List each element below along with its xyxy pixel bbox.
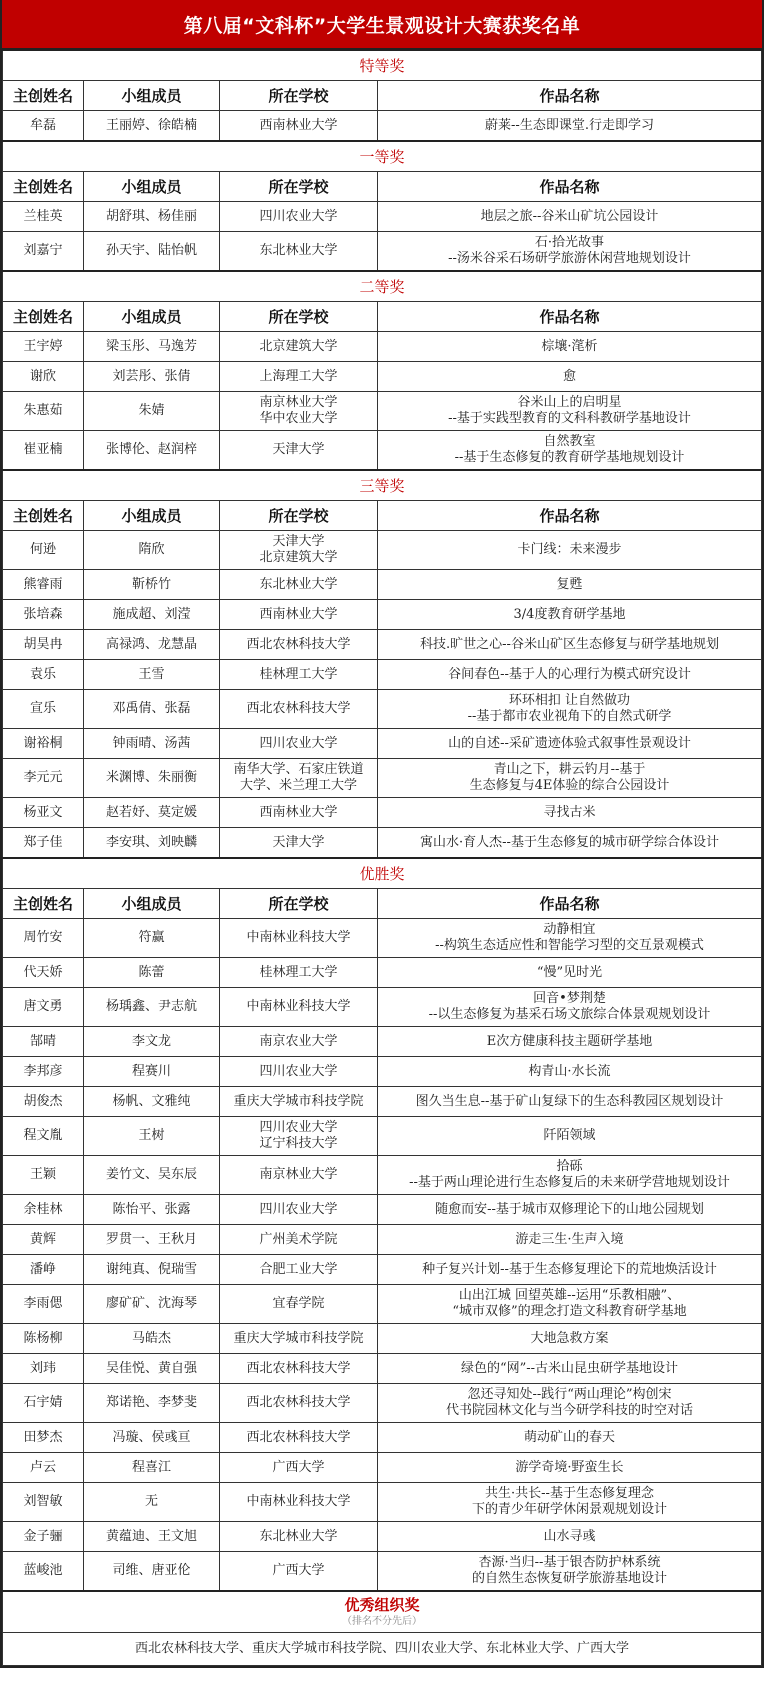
school-cell: 西北农林科技大学 xyxy=(220,1423,378,1453)
column-header-row: 主创姓名小组成员所在学校作品名称 xyxy=(3,889,762,919)
table-row: 朱惠茹朱婧南京林业大学华中农业大学谷米山上的启明星--基于实践型教育的文科科教研… xyxy=(3,392,762,431)
school-line: 西北农林科技大学 xyxy=(222,1361,375,1377)
work-title-line: 随愈而安--基于城市双修理论下的山地公园规划 xyxy=(380,1202,759,1218)
lead-name-cell: 牟磊 xyxy=(3,111,84,142)
school-cell: 广州美术学院 xyxy=(220,1225,378,1255)
work-title-line: 绿色的“网”--古米山昆虫研学基地设计 xyxy=(380,1361,759,1377)
section-header-row: 三等奖 xyxy=(3,470,762,501)
lead-name-cell: 杨亚文 xyxy=(3,798,84,828)
school-line: 西南林业大学 xyxy=(222,805,375,821)
table-row: 唐文勇杨瑀鑫、尹志航中南林业科技大学回音•梦荆楚--以生态修复为基采石场文旅综合… xyxy=(3,988,762,1027)
work-title-line: 地层之旅--谷米山矿坑公园设计 xyxy=(380,209,759,225)
school-cell: 天津大学北京建筑大学 xyxy=(220,531,378,570)
school-line: 东北林业大学 xyxy=(222,577,375,593)
organization-award-header-row: 优秀组织奖（排名不分先后） xyxy=(3,1591,762,1633)
school-cell: 上海理工大学 xyxy=(220,362,378,392)
work-title-line: 环环相扣 让自然做功 xyxy=(380,693,759,709)
column-header-work: 作品名称 xyxy=(378,172,762,202)
table-row: 卢云程喜江广西大学游学奇境·野蛮生长 xyxy=(3,1453,762,1483)
school-cell: 南华大学、石家庄铁道大学、米兰理工大学 xyxy=(220,759,378,798)
school-line: 上海理工大学 xyxy=(222,369,375,385)
school-line: 天津大学 xyxy=(222,442,375,458)
members-cell: 无 xyxy=(84,1483,220,1522)
school-cell: 西南林业大学 xyxy=(220,798,378,828)
column-header-lead: 主创姓名 xyxy=(3,889,84,919)
table-row: 刘智敏无中南林业科技大学共生·共长--基于生态修复理念下的青少年研学休闲景观规划… xyxy=(3,1483,762,1522)
members-cell: 赵若妤、莫定媛 xyxy=(84,798,220,828)
work-title-line: 大地急救方案 xyxy=(380,1331,759,1347)
members-cell: 廖矿矿、沈海琴 xyxy=(84,1285,220,1324)
table-row: 代天娇陈蕾桂林理工大学“慢”见时光 xyxy=(3,958,762,988)
work-title-cell: 阡陌领域 xyxy=(378,1117,762,1156)
work-title-line: 谷间春色--基于人的心理行为模式研究设计 xyxy=(380,667,759,683)
work-title-line: 3/4度教育研学基地 xyxy=(380,607,759,623)
lead-name-cell: 李元元 xyxy=(3,759,84,798)
work-title-line: 动静相宜 xyxy=(380,922,759,938)
school-line: 南京林业大学 xyxy=(222,395,375,411)
work-title-cell: 寓山水·育人杰--基于生态修复的城市研学综合体设计 xyxy=(378,828,762,859)
work-title-cell: 复甦 xyxy=(378,570,762,600)
work-title-line: 蔚莱--生态即课堂.行走即学习 xyxy=(380,118,759,134)
table-row: 潘峥谢纯真、倪瑞雪合肥工业大学种子复兴计划--基于生态修复理论下的荒地焕活设计 xyxy=(3,1255,762,1285)
school-cell: 西北农林科技大学 xyxy=(220,630,378,660)
school-line: 南京农业大学 xyxy=(222,1034,375,1050)
table-row: 崔亚楠张博伦、赵润梓天津大学自然教室--基于生态修复的教育研学基地规划设计 xyxy=(3,431,762,471)
table-row: 郜晴李文龙南京农业大学E次方健康科技主题研学基地 xyxy=(3,1027,762,1057)
school-cell: 四川农业大学 xyxy=(220,202,378,232)
section-title: 特等奖 xyxy=(3,50,762,81)
members-cell: 孙天宇、陆怡帆 xyxy=(84,232,220,272)
column-header-members: 小组成员 xyxy=(84,889,220,919)
lead-name-cell: 程文胤 xyxy=(3,1117,84,1156)
members-cell: 刘芸彤、张倩 xyxy=(84,362,220,392)
lead-name-cell: 王颖 xyxy=(3,1156,84,1195)
work-title-line: “慢”见时光 xyxy=(380,965,759,981)
work-title-cell: 科技.旷世之心--谷米山矿区生态修复与研学基地规划 xyxy=(378,630,762,660)
school-cell: 西南林业大学 xyxy=(220,111,378,142)
work-title-line: 寓山水·育人杰--基于生态修复的城市研学综合体设计 xyxy=(380,835,759,851)
work-title-cell: 卡门线：未来漫步 xyxy=(378,531,762,570)
school-cell: 北京建筑大学 xyxy=(220,332,378,362)
work-title-line: 山水寻彧 xyxy=(380,1529,759,1545)
table-row: 石宇婧郑诺艳、李梦斐西北农林科技大学忽还寻知处--践行“两山理论”构创宋代书院园… xyxy=(3,1384,762,1423)
column-header-members: 小组成员 xyxy=(84,302,220,332)
work-title-line: 青山之下，耕云钓月--基于 xyxy=(380,762,759,778)
work-title-cell: 拾砾--基于两山理论进行生态修复后的未来研学营地规划设计 xyxy=(378,1156,762,1195)
work-title-line: 寻找古米 xyxy=(380,805,759,821)
school-cell: 南京林业大学 xyxy=(220,1156,378,1195)
work-title-line: --构筑生态适应性和智能学习型的交互景观模式 xyxy=(380,938,759,954)
work-title-cell: 构青山·水长流 xyxy=(378,1057,762,1087)
school-cell: 东北林业大学 xyxy=(220,232,378,272)
work-title-line: 自然教室 xyxy=(380,434,759,450)
school-line: 西北农林科技大学 xyxy=(222,1430,375,1446)
members-cell: 米渊博、朱丽衡 xyxy=(84,759,220,798)
work-title-cell: 游走三生·生声入境 xyxy=(378,1225,762,1255)
column-header-work: 作品名称 xyxy=(378,302,762,332)
work-title-line: 杏源·当归--基于银杏防护林系统 xyxy=(380,1555,759,1571)
column-header-members: 小组成员 xyxy=(84,501,220,531)
work-title-line: 代书院园林文化与当今研学科技的时空对话 xyxy=(380,1403,759,1419)
table-row: 黄辉罗贯一、王秋月广州美术学院游走三生·生声入境 xyxy=(3,1225,762,1255)
work-title-cell: 环环相扣 让自然做功--基于都市农业视角下的自然式研学 xyxy=(378,690,762,729)
column-header-row: 主创姓名小组成员所在学校作品名称 xyxy=(3,302,762,332)
work-title-line: 卡门线：未来漫步 xyxy=(380,542,759,558)
table-row: 郑子佳李安琪、刘映麟天津大学寓山水·育人杰--基于生态修复的城市研学综合体设计 xyxy=(3,828,762,859)
members-cell: 胡舒琪、杨佳丽 xyxy=(84,202,220,232)
members-cell: 程赛川 xyxy=(84,1057,220,1087)
members-cell: 李安琪、刘映麟 xyxy=(84,828,220,859)
school-cell: 西北农林科技大学 xyxy=(220,690,378,729)
work-title-line: 拾砾 xyxy=(380,1159,759,1175)
work-title-line: --基于两山理论进行生态修复后的未来研学营地规划设计 xyxy=(380,1175,759,1191)
school-cell: 重庆大学城市科技学院 xyxy=(220,1324,378,1354)
work-title-cell: 游学奇境·野蛮生长 xyxy=(378,1453,762,1483)
members-cell: 李文龙 xyxy=(84,1027,220,1057)
work-title-line: --汤米谷采石场研学旅游休闲营地规划设计 xyxy=(380,251,759,267)
table-row: 胡俊杰杨帆、文雅纯重庆大学城市科技学院图久当生息--基于矿山复绿下的生态科教园区… xyxy=(3,1087,762,1117)
work-title-cell: 动静相宜--构筑生态适应性和智能学习型的交互景观模式 xyxy=(378,919,762,958)
school-line: 四川农业大学 xyxy=(222,1120,375,1136)
table-row: 胡昊冉高禄鸿、龙慧晶西北农林科技大学科技.旷世之心--谷米山矿区生态修复与研学基… xyxy=(3,630,762,660)
school-cell: 四川农业大学 xyxy=(220,729,378,759)
work-title-cell: 种子复兴计划--基于生态修复理论下的荒地焕活设计 xyxy=(378,1255,762,1285)
work-title-cell: E次方健康科技主题研学基地 xyxy=(378,1027,762,1057)
school-line: 天津大学 xyxy=(222,534,375,550)
lead-name-cell: 金子骊 xyxy=(3,1522,84,1552)
lead-name-cell: 黄辉 xyxy=(3,1225,84,1255)
column-header-lead: 主创姓名 xyxy=(3,302,84,332)
school-cell: 桂林理工大学 xyxy=(220,660,378,690)
school-line: 辽宁科技大学 xyxy=(222,1136,375,1152)
organization-award-title: 优秀组织奖 xyxy=(5,1596,759,1615)
lead-name-cell: 郜晴 xyxy=(3,1027,84,1057)
table-row: 李雨偲廖矿矿、沈海琴宜春学院山出江城 回望英雄--运用“乐教相融”、“城市双修”… xyxy=(3,1285,762,1324)
organization-award-list: 西北农林科技大学、重庆大学城市科技学院、四川农业大学、东北林业大学、广西大学 xyxy=(3,1633,762,1666)
school-cell: 广西大学 xyxy=(220,1552,378,1592)
work-title-line: --基于都市农业视角下的自然式研学 xyxy=(380,709,759,725)
table-row: 熊睿雨靳桥竹东北林业大学复甦 xyxy=(3,570,762,600)
column-header-row: 主创姓名小组成员所在学校作品名称 xyxy=(3,81,762,111)
lead-name-cell: 谢欣 xyxy=(3,362,84,392)
table-row: 陈杨柳马皓杰重庆大学城市科技学院大地急救方案 xyxy=(3,1324,762,1354)
school-line: 北京建筑大学 xyxy=(222,339,375,355)
lead-name-cell: 李邦彦 xyxy=(3,1057,84,1087)
table-row: 刘玮吴佳悦、黄自强西北农林科技大学绿色的“网”--古米山昆虫研学基地设计 xyxy=(3,1354,762,1384)
work-title-line: 科技.旷世之心--谷米山矿区生态修复与研学基地规划 xyxy=(380,637,759,653)
work-title-cell: 蔚莱--生态即课堂.行走即学习 xyxy=(378,111,762,142)
school-line: 西南林业大学 xyxy=(222,607,375,623)
organization-award-header: 优秀组织奖（排名不分先后） xyxy=(3,1591,762,1633)
members-cell: 冯璇、侯彧亘 xyxy=(84,1423,220,1453)
members-cell: 杨瑀鑫、尹志航 xyxy=(84,988,220,1027)
lead-name-cell: 宣乐 xyxy=(3,690,84,729)
school-cell: 中南林业科技大学 xyxy=(220,988,378,1027)
lead-name-cell: 潘峥 xyxy=(3,1255,84,1285)
column-header-work: 作品名称 xyxy=(378,889,762,919)
work-title-line: 下的青少年研学休闲景观规划设计 xyxy=(380,1502,759,1518)
section-title: 二等奖 xyxy=(3,271,762,302)
school-cell: 四川农业大学 xyxy=(220,1057,378,1087)
school-line: 南京林业大学 xyxy=(222,1167,375,1183)
table-row: 程文胤王树四川农业大学辽宁科技大学阡陌领域 xyxy=(3,1117,762,1156)
work-title-cell: 石·拾光故事--汤米谷采石场研学旅游休闲营地规划设计 xyxy=(378,232,762,272)
school-cell: 宜春学院 xyxy=(220,1285,378,1324)
members-cell: 陈怡平、张露 xyxy=(84,1195,220,1225)
work-title-line: 山的自述--采矿遗迹体验式叙事性景观设计 xyxy=(380,736,759,752)
section-title: 优胜奖 xyxy=(3,858,762,889)
school-line: 广州美术学院 xyxy=(222,1232,375,1248)
work-title-line: 游学奇境·野蛮生长 xyxy=(380,1460,759,1476)
school-line: 大学、米兰理工大学 xyxy=(222,778,375,794)
lead-name-cell: 胡昊冉 xyxy=(3,630,84,660)
members-cell: 梁玉彤、马逸芳 xyxy=(84,332,220,362)
table-row: 蓝峻池司维、唐亚伦广西大学杏源·当归--基于银杏防护林系统的自然生态恢复研学旅游… xyxy=(3,1552,762,1592)
column-header-lead: 主创姓名 xyxy=(3,172,84,202)
work-title-cell: 愈 xyxy=(378,362,762,392)
table-row: 谢欣刘芸彤、张倩上海理工大学愈 xyxy=(3,362,762,392)
lead-name-cell: 兰桂英 xyxy=(3,202,84,232)
school-line: 东北林业大学 xyxy=(222,243,375,259)
members-cell: 高禄鸿、龙慧晶 xyxy=(84,630,220,660)
table-row: 宣乐邓禹倩、张磊西北农林科技大学环环相扣 让自然做功--基于都市农业视角下的自然… xyxy=(3,690,762,729)
table-row: 余桂林陈怡平、张露四川农业大学随愈而安--基于城市双修理论下的山地公园规划 xyxy=(3,1195,762,1225)
table-row: 周竹安符赢中南林业科技大学动静相宜--构筑生态适应性和智能学习型的交互景观模式 xyxy=(3,919,762,958)
column-header-school: 所在学校 xyxy=(220,302,378,332)
lead-name-cell: 胡俊杰 xyxy=(3,1087,84,1117)
work-title-cell: 共生·共长--基于生态修复理念下的青少年研学休闲景观规划设计 xyxy=(378,1483,762,1522)
members-cell: 杨帆、文雅纯 xyxy=(84,1087,220,1117)
work-title-line: 构青山·水长流 xyxy=(380,1064,759,1080)
work-title-line: 萌动矿山的春天 xyxy=(380,1430,759,1446)
work-title-line: 石·拾光故事 xyxy=(380,235,759,251)
school-line: 重庆大学城市科技学院 xyxy=(222,1331,375,1347)
table-row: 李邦彦程赛川四川农业大学构青山·水长流 xyxy=(3,1057,762,1087)
lead-name-cell: 刘嘉宁 xyxy=(3,232,84,272)
work-title-cell: 山出江城 回望英雄--运用“乐教相融”、“城市双修”的理念打造文科教育研学基地 xyxy=(378,1285,762,1324)
work-title-line: --基于生态修复的教育研学基地规划设计 xyxy=(380,450,759,466)
organization-award-list-row: 西北农林科技大学、重庆大学城市科技学院、四川农业大学、东北林业大学、广西大学 xyxy=(3,1633,762,1666)
school-cell: 西北农林科技大学 xyxy=(220,1384,378,1423)
school-line: 四川农业大学 xyxy=(222,736,375,752)
work-title-cell: 青山之下，耕云钓月--基于生态修复与4E体验的综合公园设计 xyxy=(378,759,762,798)
column-header-school: 所在学校 xyxy=(220,172,378,202)
table-row: 兰桂英胡舒琪、杨佳丽四川农业大学地层之旅--谷米山矿坑公园设计 xyxy=(3,202,762,232)
work-title-cell: 随愈而安--基于城市双修理论下的山地公园规划 xyxy=(378,1195,762,1225)
school-cell: 南京农业大学 xyxy=(220,1027,378,1057)
award-list-sheet: 第八届“文科杯”大学生景观设计大赛获奖名单 特等奖主创姓名小组成员所在学校作品名… xyxy=(0,0,764,1668)
school-cell: 西北农林科技大学 xyxy=(220,1354,378,1384)
school-line: 西南林业大学 xyxy=(222,118,375,134)
members-cell: 罗贯一、王秋月 xyxy=(84,1225,220,1255)
lead-name-cell: 唐文勇 xyxy=(3,988,84,1027)
work-title-line: 种子复兴计划--基于生态修复理论下的荒地焕活设计 xyxy=(380,1262,759,1278)
work-title-cell: 3/4度教育研学基地 xyxy=(378,600,762,630)
school-line: 中南林业科技大学 xyxy=(222,930,375,946)
work-title-line: 共生·共长--基于生态修复理念 xyxy=(380,1486,759,1502)
work-title-line: 山出江城 回望英雄--运用“乐教相融”、 xyxy=(380,1288,759,1304)
school-cell: 桂林理工大学 xyxy=(220,958,378,988)
lead-name-cell: 郑子佳 xyxy=(3,828,84,859)
work-title-line: 阡陌领域 xyxy=(380,1128,759,1144)
school-cell: 四川农业大学辽宁科技大学 xyxy=(220,1117,378,1156)
lead-name-cell: 石宇婧 xyxy=(3,1384,84,1423)
lead-name-cell: 刘智敏 xyxy=(3,1483,84,1522)
work-title-line: 图久当生息--基于矿山复绿下的生态科教园区规划设计 xyxy=(380,1094,759,1110)
section-title: 三等奖 xyxy=(3,470,762,501)
work-title-cell: 自然教室--基于生态修复的教育研学基地规划设计 xyxy=(378,431,762,471)
members-cell: 陈蕾 xyxy=(84,958,220,988)
members-cell: 施成超、刘滢 xyxy=(84,600,220,630)
school-cell: 天津大学 xyxy=(220,828,378,859)
school-cell: 南京林业大学华中农业大学 xyxy=(220,392,378,431)
work-title-line: 回音•梦荆楚 xyxy=(380,991,759,1007)
members-cell: 钟雨晴、汤茜 xyxy=(84,729,220,759)
school-line: 四川农业大学 xyxy=(222,209,375,225)
work-title-cell: 棕壤·滗析 xyxy=(378,332,762,362)
work-title-cell: 寻找古米 xyxy=(378,798,762,828)
school-line: 西北农林科技大学 xyxy=(222,701,375,717)
lead-name-cell: 张培森 xyxy=(3,600,84,630)
members-cell: 符赢 xyxy=(84,919,220,958)
work-title-cell: 忽还寻知处--践行“两山理论”构创宋代书院园林文化与当今研学科技的时空对话 xyxy=(378,1384,762,1423)
table-row: 王宇婷梁玉彤、马逸芳北京建筑大学棕壤·滗析 xyxy=(3,332,762,362)
work-title-cell: 山水寻彧 xyxy=(378,1522,762,1552)
members-cell: 程喜江 xyxy=(84,1453,220,1483)
work-title-cell: 图久当生息--基于矿山复绿下的生态科教园区规划设计 xyxy=(378,1087,762,1117)
table-row: 谢裕桐钟雨晴、汤茜四川农业大学山的自述--采矿遗迹体验式叙事性景观设计 xyxy=(3,729,762,759)
column-header-school: 所在学校 xyxy=(220,501,378,531)
school-line: 桂林理工大学 xyxy=(222,667,375,683)
members-cell: 王雪 xyxy=(84,660,220,690)
school-cell: 合肥工业大学 xyxy=(220,1255,378,1285)
members-cell: 马皓杰 xyxy=(84,1324,220,1354)
section-header-row: 优胜奖 xyxy=(3,858,762,889)
table-row: 金子骊黄蕴迪、王文旭东北林业大学山水寻彧 xyxy=(3,1522,762,1552)
column-header-school: 所在学校 xyxy=(220,889,378,919)
column-header-lead: 主创姓名 xyxy=(3,501,84,531)
school-cell: 东北林业大学 xyxy=(220,1522,378,1552)
table-row: 张培森施成超、刘滢西南林业大学3/4度教育研学基地 xyxy=(3,600,762,630)
work-title-line: --基于实践型教育的文科科教研学基地设计 xyxy=(380,411,759,427)
members-cell: 张博伦、赵润梓 xyxy=(84,431,220,471)
school-cell: 广西大学 xyxy=(220,1453,378,1483)
lead-name-cell: 何逊 xyxy=(3,531,84,570)
table-row: 何逊隋欣天津大学北京建筑大学卡门线：未来漫步 xyxy=(3,531,762,570)
lead-name-cell: 谢裕桐 xyxy=(3,729,84,759)
lead-name-cell: 朱惠茹 xyxy=(3,392,84,431)
column-header-members: 小组成员 xyxy=(84,172,220,202)
work-title-line: 复甦 xyxy=(380,577,759,593)
school-line: 天津大学 xyxy=(222,835,375,851)
members-cell: 司维、唐亚伦 xyxy=(84,1552,220,1592)
lead-name-cell: 熊睿雨 xyxy=(3,570,84,600)
school-line: 重庆大学城市科技学院 xyxy=(222,1094,375,1110)
lead-name-cell: 卢云 xyxy=(3,1453,84,1483)
members-cell: 郑诺艳、李梦斐 xyxy=(84,1384,220,1423)
school-cell: 重庆大学城市科技学院 xyxy=(220,1087,378,1117)
work-title-cell: 大地急救方案 xyxy=(378,1324,762,1354)
work-title-line: 生态修复与4E体验的综合公园设计 xyxy=(380,778,759,794)
lead-name-cell: 余桂林 xyxy=(3,1195,84,1225)
school-line: 四川农业大学 xyxy=(222,1202,375,1218)
work-title-line: 棕壤·滗析 xyxy=(380,339,759,355)
school-line: 宜春学院 xyxy=(222,1296,375,1312)
lead-name-cell: 李雨偲 xyxy=(3,1285,84,1324)
column-header-school: 所在学校 xyxy=(220,81,378,111)
organization-award-note: （排名不分先后） xyxy=(5,1615,759,1628)
lead-name-cell: 田梦杰 xyxy=(3,1423,84,1453)
members-cell: 邓禹倩、张磊 xyxy=(84,690,220,729)
school-cell: 东北林业大学 xyxy=(220,570,378,600)
column-header-work: 作品名称 xyxy=(378,81,762,111)
lead-name-cell: 崔亚楠 xyxy=(3,431,84,471)
school-line: 广西大学 xyxy=(222,1460,375,1476)
school-line: 西北农林科技大学 xyxy=(222,1395,375,1411)
school-line: 中南林业科技大学 xyxy=(222,1494,375,1510)
work-title-cell: 萌动矿山的春天 xyxy=(378,1423,762,1453)
column-header-work: 作品名称 xyxy=(378,501,762,531)
school-line: 中南林业科技大学 xyxy=(222,999,375,1015)
column-header-row: 主创姓名小组成员所在学校作品名称 xyxy=(3,172,762,202)
work-title-line: “城市双修”的理念打造文科教育研学基地 xyxy=(380,1304,759,1320)
lead-name-cell: 袁乐 xyxy=(3,660,84,690)
school-cell: 西南林业大学 xyxy=(220,600,378,630)
members-cell: 朱婧 xyxy=(84,392,220,431)
school-line: 东北林业大学 xyxy=(222,1529,375,1545)
table-row: 袁乐王雪桂林理工大学谷间春色--基于人的心理行为模式研究设计 xyxy=(3,660,762,690)
work-title-cell: 杏源·当归--基于银杏防护林系统的自然生态恢复研学旅游基地设计 xyxy=(378,1552,762,1592)
work-title-line: 游走三生·生声入境 xyxy=(380,1232,759,1248)
work-title-line: 愈 xyxy=(380,369,759,385)
work-title-cell: 绿色的“网”--古米山昆虫研学基地设计 xyxy=(378,1354,762,1384)
work-title-line: --以生态修复为基采石场文旅综合体景观规划设计 xyxy=(380,1007,759,1023)
school-line: 广西大学 xyxy=(222,1563,375,1579)
members-cell: 谢纯真、倪瑞雪 xyxy=(84,1255,220,1285)
school-line: 四川农业大学 xyxy=(222,1064,375,1080)
lead-name-cell: 蓝峻池 xyxy=(3,1552,84,1592)
lead-name-cell: 刘玮 xyxy=(3,1354,84,1384)
lead-name-cell: 王宇婷 xyxy=(3,332,84,362)
table-row: 田梦杰冯璇、侯彧亘西北农林科技大学萌动矿山的春天 xyxy=(3,1423,762,1453)
work-title-cell: 回音•梦荆楚--以生态修复为基采石场文旅综合体景观规划设计 xyxy=(378,988,762,1027)
members-cell: 吴佳悦、黄自强 xyxy=(84,1354,220,1384)
work-title-cell: 谷米山上的启明星--基于实践型教育的文科科教研学基地设计 xyxy=(378,392,762,431)
members-cell: 姜竹文、吴东辰 xyxy=(84,1156,220,1195)
lead-name-cell: 周竹安 xyxy=(3,919,84,958)
work-title-line: 谷米山上的启明星 xyxy=(380,395,759,411)
work-title-cell: 山的自述--采矿遗迹体验式叙事性景观设计 xyxy=(378,729,762,759)
work-title-line: 的自然生态恢复研学旅游基地设计 xyxy=(380,1571,759,1587)
page-title: 第八届“文科杯”大学生景观设计大赛获奖名单 xyxy=(2,0,762,49)
members-cell: 黄蕴迪、王文旭 xyxy=(84,1522,220,1552)
work-title-cell: 地层之旅--谷米山矿坑公园设计 xyxy=(378,202,762,232)
column-header-row: 主创姓名小组成员所在学校作品名称 xyxy=(3,501,762,531)
table-row: 牟磊王丽婷、徐皓楠西南林业大学蔚莱--生态即课堂.行走即学习 xyxy=(3,111,762,142)
column-header-lead: 主创姓名 xyxy=(3,81,84,111)
school-line: 南华大学、石家庄铁道 xyxy=(222,762,375,778)
school-line: 西北农林科技大学 xyxy=(222,637,375,653)
work-title-line: 忽还寻知处--践行“两山理论”构创宋 xyxy=(380,1387,759,1403)
members-cell: 王丽婷、徐皓楠 xyxy=(84,111,220,142)
table-row: 王颖姜竹文、吴东辰南京林业大学拾砾--基于两山理论进行生态修复后的未来研学营地规… xyxy=(3,1156,762,1195)
section-title: 一等奖 xyxy=(3,141,762,172)
table-row: 杨亚文赵若妤、莫定媛西南林业大学寻找古米 xyxy=(3,798,762,828)
school-cell: 中南林业科技大学 xyxy=(220,919,378,958)
award-table: 特等奖主创姓名小组成员所在学校作品名称牟磊王丽婷、徐皓楠西南林业大学蔚莱--生态… xyxy=(2,49,762,1666)
school-line: 华中农业大学 xyxy=(222,411,375,427)
work-title-line: E次方健康科技主题研学基地 xyxy=(380,1034,759,1050)
